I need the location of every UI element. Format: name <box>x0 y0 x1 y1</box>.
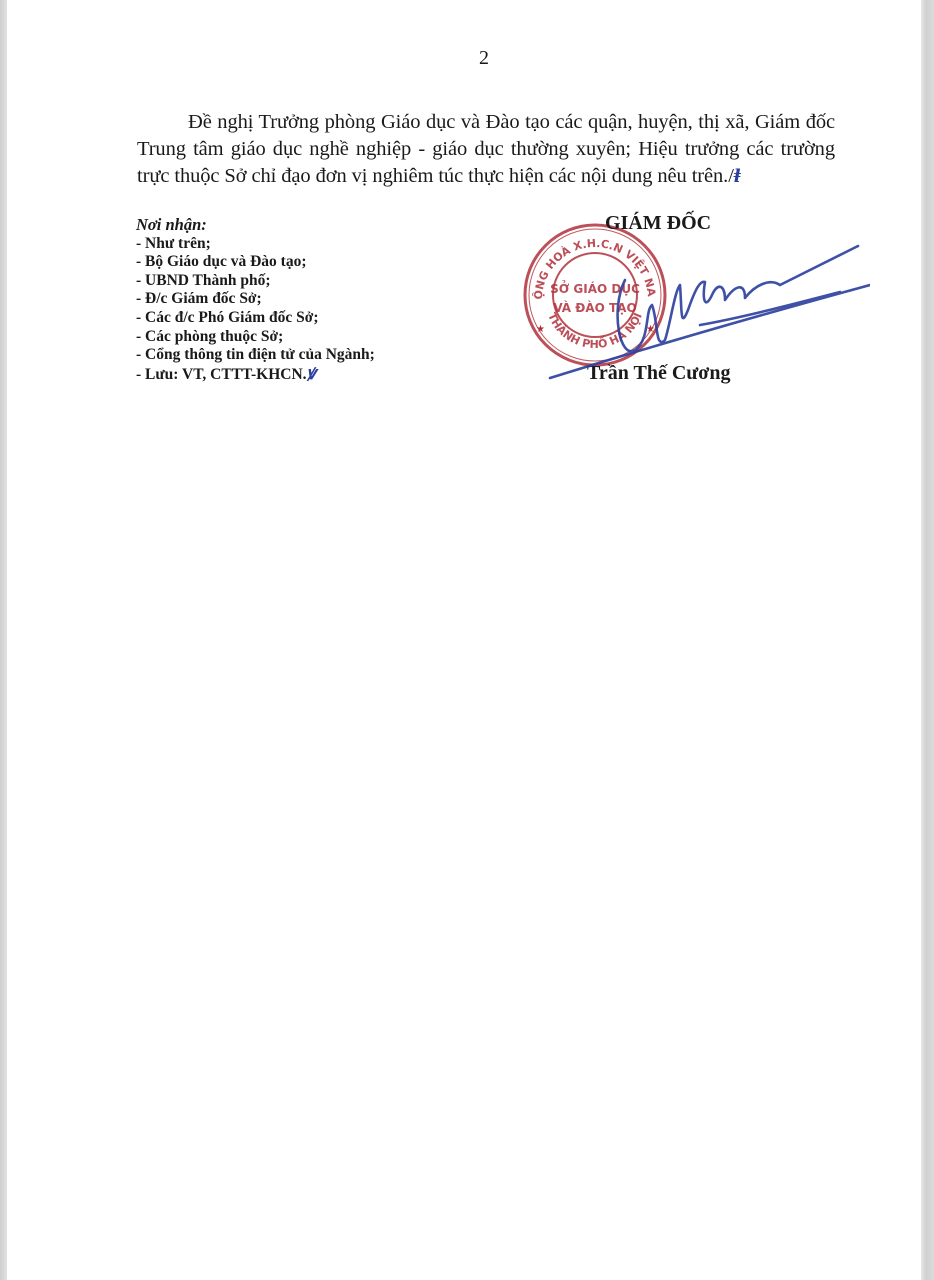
recipient-archive-text: - Lưu: VT, CTTT-KHCN. <box>136 366 307 383</box>
recipient-item: - Bộ Giáo dục và Đào tạo; <box>136 253 375 272</box>
body-paragraph: Đề nghị Trưởng phòng Giáo dục và Đào tạo… <box>137 109 835 190</box>
body-text: Đề nghị Trưởng phòng Giáo dục và Đào tạo… <box>137 111 835 187</box>
signature-block: CỘNG HOÀ X.H.C.N VIỆT NAM THÀNH PHỐ HÀ N… <box>520 210 860 400</box>
recipient-item: - UBND Thành phố; <box>136 272 375 291</box>
recipient-item: - Như trên; <box>136 235 375 254</box>
handwritten-signature-icon <box>540 230 870 380</box>
recipient-item: - Các phòng thuộc Sở; <box>136 328 375 347</box>
recipient-item: - Cổng thông tin điện tử của Ngành; <box>136 346 375 365</box>
recipient-item: - Đ/c Giám đốc Sở; <box>136 290 375 309</box>
archive-initial-mark: ꝟ <box>307 363 316 384</box>
recipients-block: Nơi nhận: - Như trên; - Bộ Giáo dục và Đ… <box>136 216 375 384</box>
page-number: 2 <box>0 47 934 70</box>
page-edge-right <box>921 0 934 1280</box>
recipient-item: - Các đ/c Phó Giám đốc Sở; <box>136 309 375 328</box>
page-edge-left <box>0 0 7 1280</box>
recipients-list: - Như trên; - Bộ Giáo dục và Đào tạo; - … <box>136 235 375 385</box>
recipient-item: - Lưu: VT, CTTT-KHCN.ꝟ <box>136 365 375 385</box>
recipients-heading: Nơi nhận: <box>136 216 375 235</box>
initial-mark: ⱡ <box>734 166 741 187</box>
